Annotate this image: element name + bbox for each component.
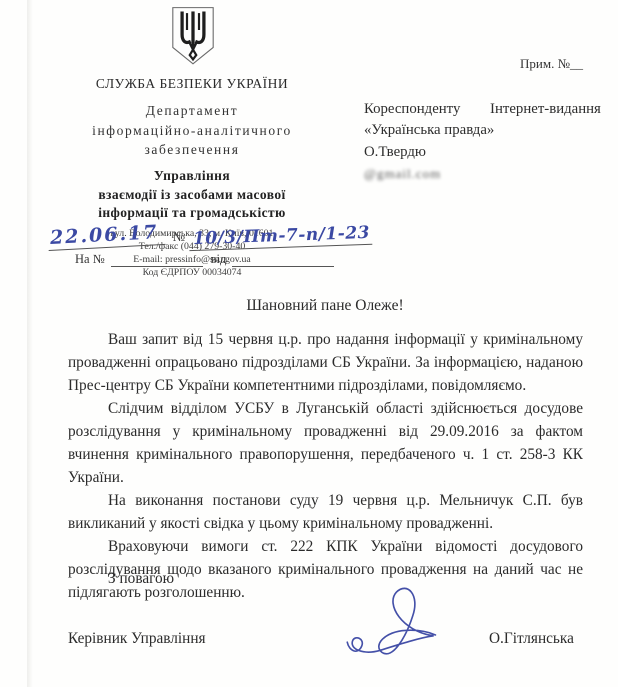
address-edrpou: Код ЄДРПОУ 00034074 [48,267,336,280]
reply-date-label: від [211,252,227,266]
number-sign: № [173,229,185,244]
reply-ref-label: На № [75,252,105,266]
closing-phrase: З повагою [108,570,174,588]
handwritten-date: 22.06.17 [47,221,165,251]
reply-ref-blank [111,254,203,267]
salutation: Шановний пане Олеже! [68,297,582,315]
copy-number-label: Прим. №__ [520,56,583,72]
handwritten-outgoing-number: 10/3/Пт-7-п/1-23 [189,223,373,251]
scan-edge-artifact [27,0,33,687]
recipient-line: О.Твердю [364,142,596,163]
paragraph: На виконання постанови суду 19 червня ц.… [68,489,583,535]
reference-row: 22.06.17№10/3/Пт-7-п/1-23 [48,224,348,248]
recipient-line: «Українська правда» [364,120,596,141]
reply-reference-row: На №від [75,252,375,267]
recipient-email-redacted: @gmail.com [364,166,441,182]
signer-name: О.Гітлянська [489,630,574,648]
signer-position: Керівник Управління [68,630,206,648]
department-name: Департамент інформаційно-аналітичного за… [48,101,336,160]
paragraph: Ваш запит від 15 червня ц.р. про надання… [68,328,583,397]
handwritten-signature [340,582,440,682]
org-name: СЛУЖБА БЕЗПЕКИ УКРАЇНИ [48,76,336,92]
paragraph: Слідчим відділом УСБУ в Луганській облас… [68,397,583,489]
recipient-line: Кореспонденту Інтернет-видання [364,99,596,120]
ukraine-trident-emblem [169,6,217,71]
letter-body: Ваш запит від 15 червня ц.р. про надання… [68,328,583,604]
recipient-block: Кореспонденту Інтернет-видання «Українсь… [364,99,596,163]
reply-date-blank [232,254,334,267]
unit-name: Управління взаємодії із засобами масової… [48,167,336,224]
scanned-letter-page: СЛУЖБА БЕЗПЕКИ УКРАЇНИ Департамент інфор… [0,0,618,687]
